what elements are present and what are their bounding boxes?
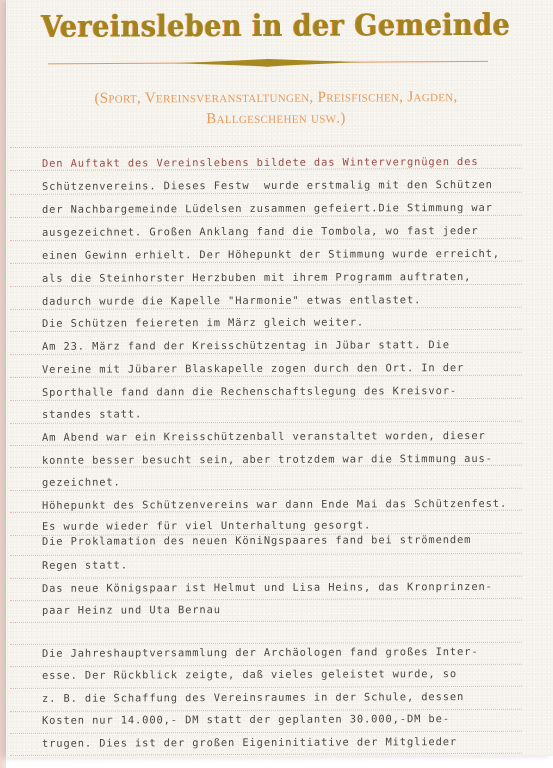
ruled-line [10, 576, 522, 579]
text-line: Die Jahreshauptversammlung der Archäolog… [42, 646, 479, 660]
text-line: Den Auftakt des Vereinslebens bildete da… [42, 156, 479, 170]
ruled-line [10, 421, 522, 424]
text-line: dadurch wurde die Kapelle "Harmonie" etw… [42, 294, 421, 308]
text-line: Die Schützen feiereten im März gleich we… [42, 316, 364, 329]
document-page: Vereinsleben in der Gemeinde (Sport, Ver… [6, 0, 553, 758]
text-line: ausgezeichnet. Großen Anklang fand die T… [42, 225, 479, 239]
ruled-line [10, 709, 522, 712]
text-line: Vereine mit Jübarer Blaskapelle zogen du… [42, 362, 464, 376]
text-line: Kosten nur 14.000,- DM statt der geplant… [42, 713, 450, 727]
text-line: Am Abend war ein Kreisschützenball veran… [42, 430, 486, 444]
text-line: Das neue Königspaar ist Helmut und Lisa … [42, 581, 493, 595]
ruled-line [10, 620, 522, 623]
ruled-line [10, 731, 522, 734]
text-line: konnte besser besucht sein, aber trotzde… [42, 453, 493, 467]
subtitle: (Sport, Vereinsveranstaltungen, Preisfis… [6, 87, 546, 131]
ruled-line [10, 686, 522, 689]
subtitle-line-2: Ballgeschehen usw.) [6, 108, 546, 131]
text-line: Sporthalle fand dann die Rechenschaftsle… [42, 385, 457, 399]
page-title: Vereinsleben in der Gemeinde [6, 8, 546, 45]
ruled-line [10, 145, 522, 148]
ruled-line [10, 664, 522, 667]
text-line: Die Proklamation des neuen KöniNgspaares… [42, 534, 471, 548]
text-line: einen Gewinn erhielt. Der Höhepunkt der … [42, 248, 500, 262]
text-line: esse. Der Rückblick zeigte, daß vieles g… [42, 668, 457, 682]
text-line: als die Steinhorster Herzbuben mit ihrem… [42, 271, 471, 285]
text-line: paar Heinz und Uta Bernau [42, 604, 221, 617]
text-line: Es wurde wieder für viel Unterhaltung ge… [42, 519, 371, 532]
ruled-line [10, 553, 522, 556]
ruled-line [10, 753, 522, 756]
text-line: z. B. die Schaffung des Vereinsraumes in… [42, 691, 464, 705]
text-line: der Nachbargemeinde Lüdelsen zusammen ge… [42, 202, 493, 216]
text-line: Höhepunkt des Schützenvereins war dann E… [42, 498, 507, 512]
text-line: standes statt. [42, 408, 142, 420]
text-line: trugen. Dies ist der großen Eigeninitiat… [42, 736, 457, 750]
text-line: Am 23. März fand der Kreisschützentag in… [42, 339, 450, 353]
ornamental-divider [48, 56, 488, 70]
subtitle-line-1: (Sport, Vereinsveranstaltungen, Preisfis… [6, 87, 546, 110]
text-line: gezeichnet. [42, 476, 121, 488]
ruled-line [10, 598, 522, 601]
text-line: Schützenvereins. Dieses Festw wurde erst… [42, 179, 493, 193]
text-line: Regen statt. [42, 559, 128, 571]
ruled-line [10, 642, 522, 645]
